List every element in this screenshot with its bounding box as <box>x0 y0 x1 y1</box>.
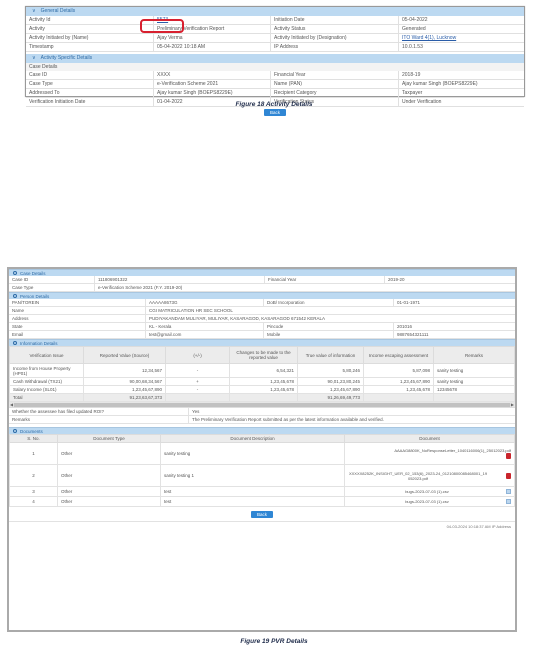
document-filename: XXXXX8252K_INSIGHT_UER_02_153(6)_2023-24… <box>348 471 488 481</box>
label: PAN/TOREIN <box>9 299 146 306</box>
label: Name <box>9 307 146 314</box>
label: Mobile <box>264 331 394 338</box>
value: Taxpayer <box>399 89 524 98</box>
designation-link[interactable]: ITO Ward 4(1), Lucknow <box>399 34 524 43</box>
back-button[interactable]: Back <box>251 511 273 518</box>
document-filename: AAAAG8800K_NoResponseLetter_1040116006(1… <box>348 448 511 453</box>
chevron-down-icon: ∨ <box>32 7 36 16</box>
value: PUDIYAKANDAM MULIYAR, MULIYAR, KASARAGOD… <box>146 315 515 322</box>
csv-file-icon[interactable] <box>506 499 511 504</box>
label: Timestamp <box>26 43 154 52</box>
value: Preliminary Verification Report <box>154 25 271 34</box>
scroll-right-icon[interactable]: ▶ <box>511 402 514 408</box>
label: State <box>9 323 146 330</box>
label: Recipient Category <box>271 89 399 98</box>
footer-timestamp: 04-03-2024 10:18:37 AM IP Address <box>9 521 515 531</box>
value: Ajay kumar Singh (BOEPS8229E) <box>154 89 271 98</box>
documents-header[interactable]: Documents <box>9 427 515 434</box>
column-header: Changes to be made to the reported value <box>230 347 298 364</box>
table-row: Salary Income (SL01) 1,23,45,67,890 - 1,… <box>10 386 515 394</box>
value: 111806901322 <box>95 276 265 283</box>
value: 201016 <box>394 323 515 330</box>
label: Name (PAN) <box>271 80 399 89</box>
value: 2018-19 <box>399 71 524 80</box>
column-header: Reported Value (Source) <box>84 347 166 364</box>
column-header: Document <box>345 435 515 443</box>
value: 01-01-1971 <box>394 299 515 306</box>
document-filename: bugs-2023-07-03 (1).csv <box>348 499 506 504</box>
case-details-subheader: Case Details <box>26 63 524 71</box>
information-details-header[interactable]: Information Details <box>9 339 515 346</box>
label: Activity <box>26 25 154 34</box>
figure-19-caption: Figure 19 PVR Details <box>0 638 548 645</box>
scroll-left-icon[interactable]: ◀ <box>10 402 13 408</box>
collapse-icon <box>13 341 17 345</box>
documents-table: S. No. Document Type Document Descriptio… <box>9 434 515 507</box>
value: The Preliminary Verification Report subm… <box>189 416 515 423</box>
column-header: (+/-) <box>166 347 230 364</box>
label: Activity Status <box>271 25 399 34</box>
value: Yes <box>189 408 515 415</box>
value: Ajay kumar Singh (BOEPS8229E) <box>399 80 524 89</box>
value: Generated <box>399 25 524 34</box>
table-row: 1 Other sanity testing AAAAG8800K_NoResp… <box>10 443 515 465</box>
label: Activity Initiated by (Name) <box>26 34 154 43</box>
label: DoB/ Incorporation <box>264 299 394 306</box>
table-row: Income from House Property (HP01) 12,34,… <box>10 364 515 378</box>
horizontal-scrollbar[interactable]: ◀ ▶ <box>9 402 515 408</box>
label: Case Type <box>26 80 154 89</box>
pdf-icon[interactable] <box>506 453 511 459</box>
label: Activity Id <box>26 16 154 25</box>
value: 10.0.1.53 <box>399 43 524 52</box>
collapse-icon <box>13 271 17 275</box>
activity-specific-header[interactable]: ∨ Activity Specific Details <box>26 54 524 63</box>
label: Pincode <box>264 323 394 330</box>
information-table: Verification Issue Reported Value (Sourc… <box>9 346 515 402</box>
value: CGI MATRICULATION HR SEC SCHOOL <box>146 307 515 314</box>
case-details-header[interactable]: Case Details <box>9 269 515 276</box>
person-details-header[interactable]: Person Details <box>9 292 515 299</box>
label: Email <box>9 331 146 338</box>
column-header: Document Type <box>58 435 161 443</box>
figure-18-caption: Figure 18 Activity Details <box>0 101 548 108</box>
table-row: 2 Other sanity testing 1 XXXXX8252K_INSI… <box>10 465 515 487</box>
total-row: Total 91,23,63,67,373 91,26,69,49,773 <box>10 394 515 402</box>
value: 2019-20 <box>385 276 515 283</box>
value: AAAAA8673G <box>146 299 264 306</box>
general-details-header[interactable]: ∨ General Details <box>26 7 524 16</box>
table-row: 3 Other test bugs-2023-07-03 (1).csv <box>10 487 515 497</box>
value: Ajay Verma <box>154 34 271 43</box>
back-button[interactable]: Back <box>264 109 286 116</box>
value: 05-04-2022 <box>399 16 524 25</box>
label: Financial Year <box>265 276 385 283</box>
value: test@gmail.com <box>146 331 264 338</box>
column-header: Verification Issue <box>10 347 84 364</box>
label: Activity Initiated by (Designation) <box>271 34 399 43</box>
label: Financial Year <box>271 71 399 80</box>
label: IP Address <box>271 43 399 52</box>
value: XXXX <box>154 71 271 80</box>
column-header: Document Description <box>161 435 345 443</box>
value: 9887654321111 <box>394 331 515 338</box>
column-header: Remarks <box>434 347 515 364</box>
label: Address <box>9 315 146 322</box>
table-row: Cash Withdrawal (TX21) 90,00,68,34,567 +… <box>10 378 515 386</box>
general-details-grid: Activity Id 5573 Initiation Date 05-04-2… <box>26 16 524 52</box>
document-filename: bugs-2023-07-03 (1).csv <box>348 489 506 494</box>
column-header: True value of information <box>298 347 364 364</box>
label: Case ID <box>26 71 154 80</box>
value: e-Verification Scheme 2021 (F.Y. 2019-20… <box>95 284 515 291</box>
collapse-icon <box>13 294 17 298</box>
column-header: Income escaping assessment <box>364 347 434 364</box>
collapse-icon <box>13 429 17 433</box>
chevron-down-icon: ∨ <box>32 54 36 63</box>
column-header: S. No. <box>10 435 58 443</box>
scrollbar-thumb[interactable] <box>14 403 510 407</box>
activity-id-link[interactable]: 5573 <box>154 16 271 25</box>
label: Addressed To <box>26 89 154 98</box>
label: Initiation Date <box>271 16 399 25</box>
value: 05-04-2022 10:18 AM <box>154 43 271 52</box>
csv-file-icon[interactable] <box>506 489 511 494</box>
activity-details-panel: ∨ General Details Activity Id 5573 Initi… <box>25 6 525 97</box>
pvr-details-panel: Case Details Case ID 111806901322 Financ… <box>7 267 517 632</box>
label: Remarks <box>9 416 189 423</box>
label: Case Type <box>9 284 95 291</box>
label: Whether the assessee has filed updated R… <box>9 408 189 415</box>
table-row: 4 Other test bugs-2023-07-03 (1).csv <box>10 497 515 507</box>
value: e-Verification Scheme 2021 <box>154 80 271 89</box>
label: Case ID <box>9 276 95 283</box>
value: KL - Kerala <box>146 323 264 330</box>
pdf-icon[interactable] <box>506 473 511 479</box>
